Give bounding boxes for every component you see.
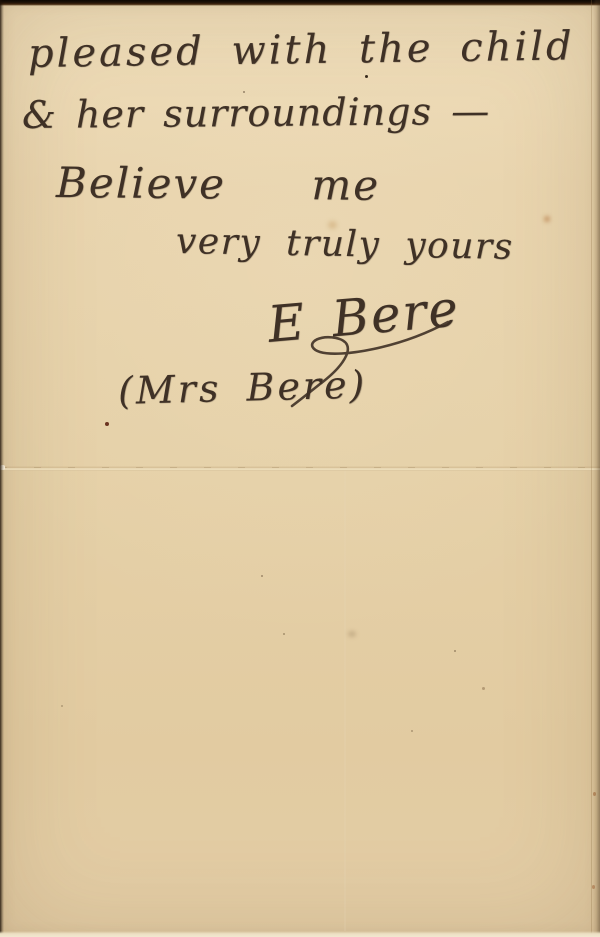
paper-top-edge: [0, 0, 600, 6]
signature-flourish-stroke: [280, 318, 460, 410]
paper-left-edge: [0, 0, 4, 937]
paper-speck: [243, 91, 245, 93]
paper-speck: [454, 650, 456, 652]
paper-right-edge-crease: [591, 0, 592, 937]
letter-line-2: & her surroundings —: [22, 92, 490, 134]
paper-speck: [261, 575, 263, 577]
letter-valediction-line: very truly yours: [176, 224, 514, 266]
faint-stain: [348, 631, 356, 637]
faint-stain: [328, 221, 337, 229]
rust-stain: [544, 216, 550, 222]
paper-right-edge: [593, 0, 600, 937]
paper-speck: [283, 633, 285, 635]
letter-closing-line: Believe me: [56, 162, 380, 207]
horizontal-fold-crease: [0, 466, 600, 471]
paper-bottom-edge: [0, 931, 600, 937]
paper-speck: [411, 730, 413, 732]
letter-page: pleased with the child & her surrounding…: [0, 0, 600, 937]
paper-speck: [365, 75, 368, 78]
red-speck: [105, 422, 109, 426]
letter-line-1: pleased with the child: [28, 26, 575, 74]
paper-speck: [482, 687, 485, 690]
paper-speck: [61, 705, 63, 707]
vertical-fold-crease: [344, 471, 346, 931]
